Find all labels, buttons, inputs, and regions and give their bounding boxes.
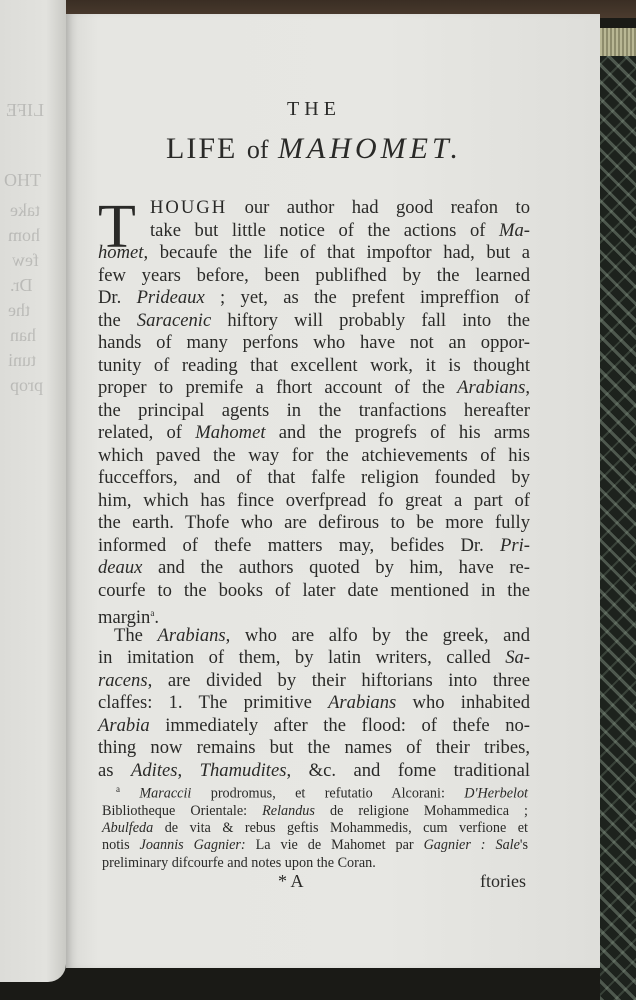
text-line: take but little notice of the actions of… bbox=[98, 220, 530, 243]
signature-mark: * A bbox=[278, 871, 304, 892]
footnote-line: Bibliotheque Orientale: Relandus de reli… bbox=[102, 803, 528, 820]
text-line: claffes: 1. The primitive Arabians who i… bbox=[98, 692, 530, 715]
ghost-text: the bbox=[8, 300, 30, 321]
text-line: informed of thefe matters may, befides D… bbox=[98, 535, 530, 558]
text-line: the principal agents in the tranfactions… bbox=[98, 400, 530, 423]
text-line: HOUGH our author had good reafon to bbox=[98, 197, 530, 220]
text-line: the Saracenic hiftory will probably fall… bbox=[98, 310, 530, 333]
footnote-line: preliminary difcourfe and notes upon the… bbox=[102, 855, 528, 872]
text-line: as Adites, Thamudites, &c. and fome trad… bbox=[98, 760, 530, 783]
title-name: MAHOMET. bbox=[278, 132, 462, 165]
drop-cap: T bbox=[98, 201, 136, 253]
text-line: tunity of reading that excellent work, i… bbox=[98, 355, 530, 378]
ghost-text: few bbox=[12, 250, 39, 271]
text-line: related, of Mahomet and the progrefs of … bbox=[98, 422, 530, 445]
text-line: courfe to the books of later date mentio… bbox=[98, 580, 530, 603]
page-title: LIFE of MAHOMET. bbox=[98, 132, 530, 166]
ghost-text: hom bbox=[8, 225, 40, 246]
footnote-marker: a bbox=[116, 784, 120, 794]
text-line: proper to premife a fhort account of the… bbox=[98, 377, 530, 400]
body-text: T HOUGH our author had good reafon to ta… bbox=[98, 197, 530, 782]
running-head: THE bbox=[98, 98, 530, 121]
text-line: in imitation of them, by latin writers, … bbox=[98, 647, 530, 670]
text-line: deaux and the authors quoted by him, hav… bbox=[98, 557, 530, 580]
text-line: margina. bbox=[98, 602, 530, 625]
text-line: Dr. Prideaux ; yet, as the prefent impre… bbox=[98, 287, 530, 310]
ghost-text: take bbox=[10, 200, 40, 221]
ghost-text: han bbox=[10, 325, 36, 346]
ghost-text: prop bbox=[10, 375, 43, 396]
text-line: thing now remains but the names of their… bbox=[98, 737, 530, 760]
ghost-text: tuni bbox=[8, 350, 36, 371]
page-foot: * A ftories bbox=[98, 871, 530, 893]
text-line: homet, becaufe the life of that impoftor… bbox=[98, 242, 530, 265]
text-line: The Arabians, who are alfo by the greek,… bbox=[98, 625, 530, 648]
ghost-text: THO bbox=[4, 170, 41, 191]
text-line: few years before, been publifhed by the … bbox=[98, 265, 530, 288]
book-page: THE LIFE of MAHOMET. T HOUGH our author … bbox=[66, 14, 600, 968]
title-prefix: LIFE bbox=[166, 132, 237, 165]
text-line: racens, are divided by their hiftorians … bbox=[98, 670, 530, 693]
footnotes: a Maraccii prodromus, et refutatio Alcor… bbox=[102, 781, 528, 872]
footnote-line: a Maraccii prodromus, et refutatio Alcor… bbox=[102, 781, 528, 803]
text-line: fucceffors, and of that falfe religion f… bbox=[98, 467, 530, 490]
title-of: of bbox=[247, 135, 269, 164]
footnote-line: Abulfeda de vita & rebus geftis Mohammed… bbox=[102, 820, 528, 837]
text-line: hands of many perfons who have not an op… bbox=[98, 332, 530, 355]
ghost-text: Dr. bbox=[10, 275, 33, 296]
catchword: ftories bbox=[480, 871, 526, 892]
text-line: which paved the way for the atchievement… bbox=[98, 445, 530, 468]
footnote-line: notis Joannis Gagnier: La vie de Mahomet… bbox=[102, 837, 528, 854]
background-cloth bbox=[600, 28, 636, 1000]
left-page: LIFE THO take hom few Dr. the han tuni p… bbox=[0, 0, 66, 982]
text-line: the earth. Thofe who are defirous to be … bbox=[98, 512, 530, 535]
text-line: Arabia immediately after the flood: of t… bbox=[98, 715, 530, 738]
cloth-trim bbox=[600, 28, 636, 56]
ghost-text: LIFE bbox=[6, 100, 44, 121]
text-line: him, which has fince overfpread fo great… bbox=[98, 490, 530, 513]
